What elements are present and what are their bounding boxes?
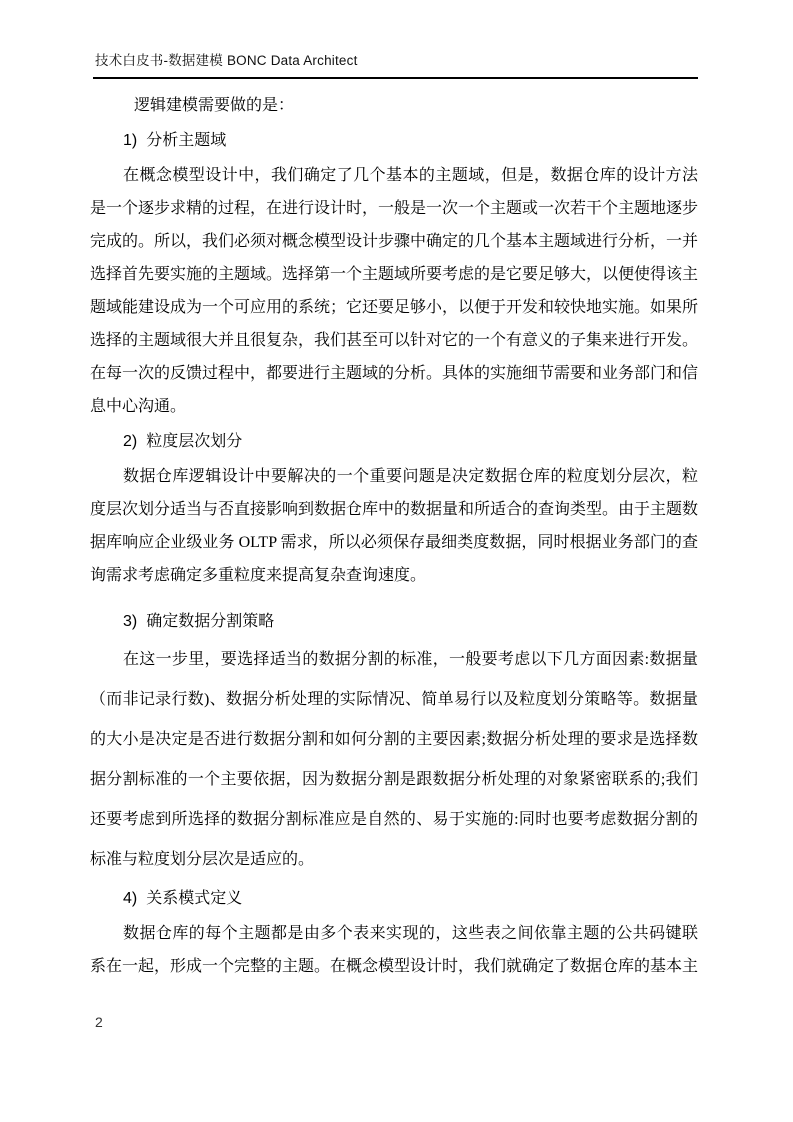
- section-paragraph-2: 数据仓库逻辑设计中要解决的一个重要问题是决定数据仓库的粒度划分层次，粒度层次划分…: [90, 460, 698, 592]
- section-number: 4): [123, 890, 137, 907]
- section-heading-3: 3)确定数据分割策略: [90, 605, 698, 638]
- section-paragraph-3: 在这一步里，要选择适当的数据分割的标准，一般要考虑以下几方面因素:数据量（而非记…: [90, 640, 698, 880]
- section-number: 3): [123, 613, 137, 630]
- section-paragraph-4: 数据仓库的每个主题都是由多个表来实现的，这些表之间依靠主题的公共码键联系在一起，…: [90, 917, 698, 983]
- intro-line: 逻辑建模需要做的是：: [90, 89, 698, 122]
- section-number: 1): [123, 132, 137, 149]
- document-page: 技术白皮书-数据建模 BONC Data Architect 逻辑建模需要做的是…: [0, 0, 793, 1122]
- page-number: 2: [95, 1014, 103, 1030]
- section-paragraph-1: 在概念模型设计中，我们确定了几个基本的主题域，但是，数据仓库的设计方法是一个逐步…: [90, 159, 698, 423]
- header-title: 技术白皮书-数据建模 BONC Data Architect: [93, 53, 698, 69]
- section-title: 关系模式定义: [146, 890, 242, 907]
- section-number: 2): [123, 433, 137, 450]
- section-heading-1: 1)分析主题域: [90, 124, 698, 157]
- section-title: 确定数据分割策略: [146, 613, 274, 630]
- section-title: 粒度层次划分: [146, 433, 242, 450]
- header-divider: 技术白皮书-数据建模 BONC Data Architect: [93, 53, 698, 79]
- section-heading-4: 4)关系模式定义: [90, 882, 698, 915]
- page-header: 技术白皮书-数据建模 BONC Data Architect: [0, 0, 793, 79]
- document-body: 逻辑建模需要做的是： 1)分析主题域 在概念模型设计中，我们确定了几个基本的主题…: [0, 79, 793, 983]
- section-heading-2: 2)粒度层次划分: [90, 425, 698, 458]
- section-title: 分析主题域: [146, 132, 226, 149]
